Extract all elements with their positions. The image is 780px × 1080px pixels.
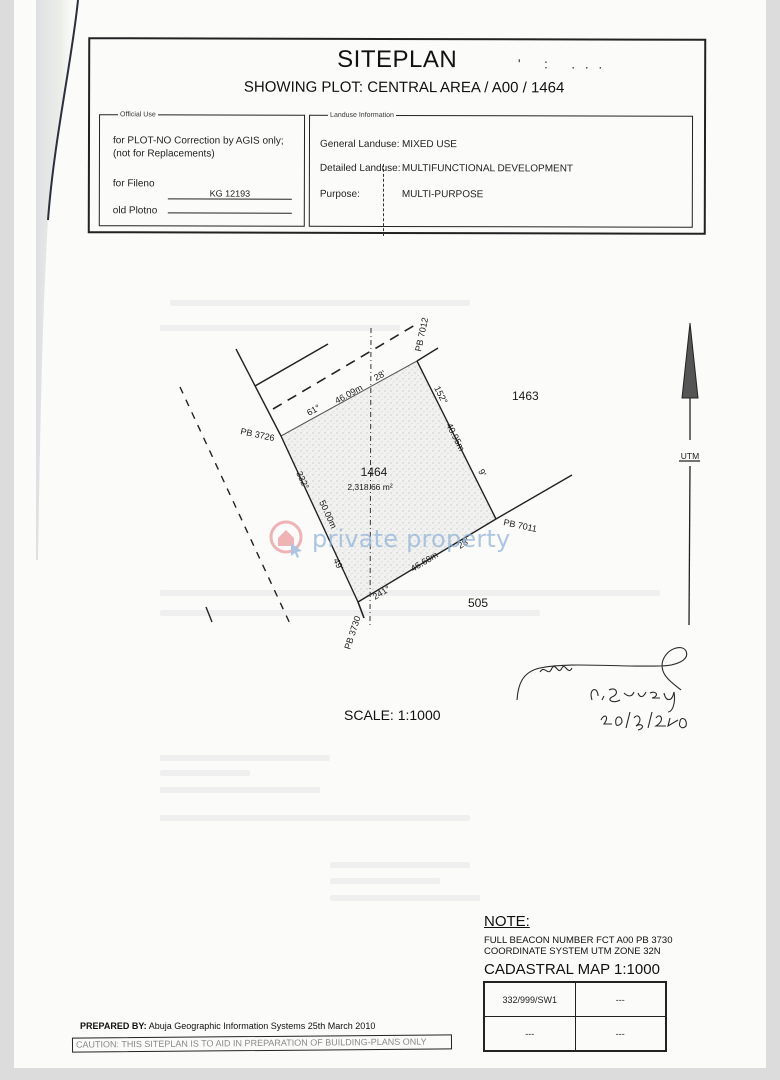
north-arrow-label: UTM bbox=[681, 451, 699, 461]
surveyor-signature bbox=[517, 648, 687, 730]
road-boundary-north bbox=[255, 344, 328, 386]
note-title: NOTE: bbox=[484, 913, 530, 930]
beacon-pb3730: PB 3730 bbox=[342, 615, 362, 651]
cadastral-cell: --- bbox=[575, 1017, 666, 1052]
table-row: --- --- bbox=[484, 1017, 666, 1052]
cadastral-cell: --- bbox=[484, 1017, 575, 1052]
road-boundary-west-upper bbox=[236, 349, 281, 436]
cadastral-cell: 332/999/SW1 bbox=[484, 982, 575, 1017]
watermark: private property bbox=[268, 519, 510, 559]
neighbour-plot-505: 505 bbox=[468, 596, 488, 610]
neighbour-plot-1463: 1463 bbox=[512, 389, 539, 403]
beacon-pb3726: PB 3726 bbox=[240, 426, 276, 443]
note-coordinate-system: COORDINATE SYSTEM UTM ZONE 32N bbox=[484, 946, 661, 957]
beacon-pb7012: PB 7012 bbox=[413, 317, 430, 353]
plot-area: 2,318.66 m² bbox=[347, 482, 393, 492]
north-arrow-icon bbox=[679, 323, 700, 625]
road-tick bbox=[206, 607, 212, 622]
cadastral-map-table: 332/999/SW1 --- --- --- bbox=[483, 981, 667, 1052]
prepared-by: PREPARED BY: Abuja Geographic Informatio… bbox=[80, 1021, 375, 1031]
prepared-by-value: Abuja Geographic Information Systems 25t… bbox=[149, 1021, 376, 1031]
watermark-text: private property bbox=[312, 525, 510, 553]
sw-boundary-extension bbox=[358, 602, 364, 618]
house-pin-icon bbox=[268, 519, 308, 559]
plot-number: 1464 bbox=[361, 465, 388, 479]
scale-label: SCALE: 1:1000 bbox=[344, 707, 441, 723]
se-boundary-extension bbox=[496, 475, 572, 519]
prepared-by-label: PREPARED BY: bbox=[80, 1021, 147, 1031]
table-row: 332/999/SW1 --- bbox=[484, 982, 666, 1017]
cadastral-cell: --- bbox=[575, 982, 666, 1017]
cadastral-map-title: CADASTRAL MAP 1:1000 bbox=[484, 961, 660, 978]
east-bearing-end: 9' bbox=[476, 467, 488, 478]
note-beacon-number: FULL BEACON NUMBER FCT A00 PB 3730 bbox=[484, 935, 672, 946]
road-edge-dashed-west bbox=[180, 387, 292, 628]
